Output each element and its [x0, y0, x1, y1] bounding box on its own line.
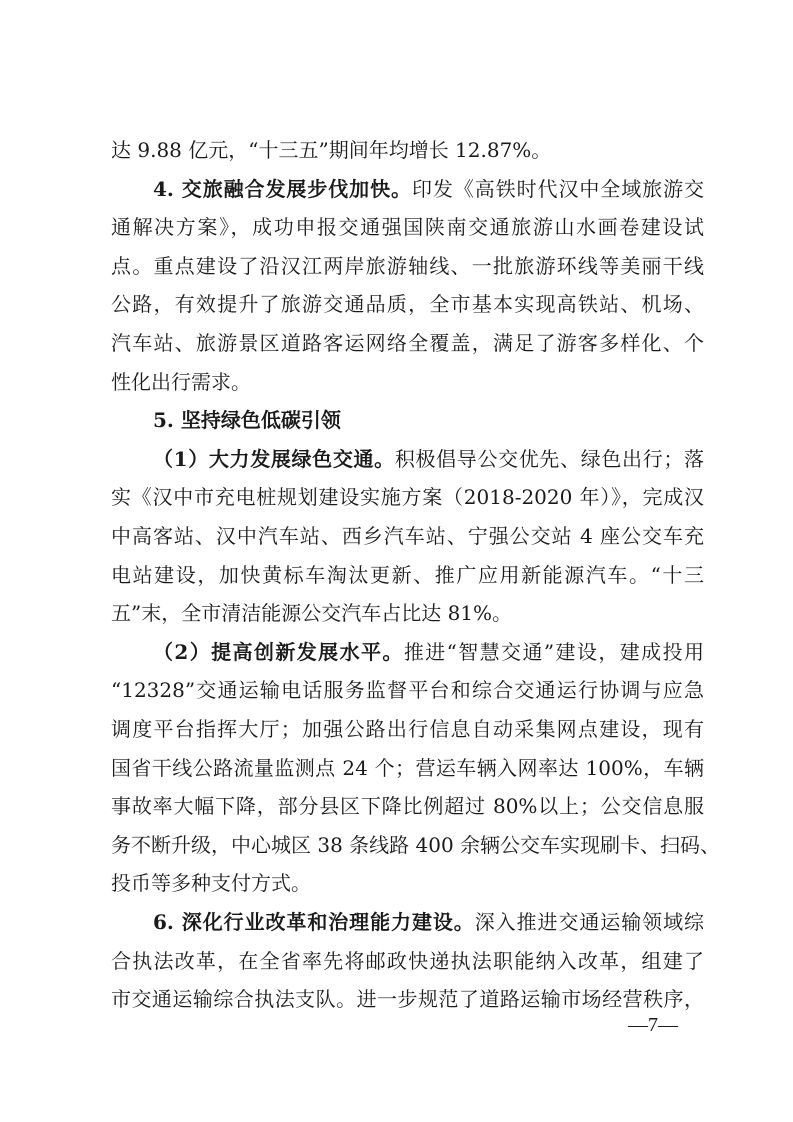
line-text: 调度平台指挥大厅；加强公路出行信息自动采集网点建设，现有	[111, 717, 704, 741]
section-heading: （2）提高创新发展水平。	[153, 640, 404, 664]
text-line: 务不断升级，中心城区 38 条线路 400 余辆公交车实现刷卡、扫码、	[111, 830, 704, 860]
line-text: 性化出行需求。	[111, 370, 251, 394]
paragraph-heading-line: 4. 交旅融合发展步伐加快。印发《高铁时代汉中全域旅游交	[111, 174, 704, 204]
line-text: 务不断升级，中心城区 38 条线路 400 余辆公交车实现刷卡、扫码、	[111, 833, 720, 857]
section-heading: 4. 交旅融合发展步伐加快。	[153, 177, 412, 201]
line-text: “12328”交通运输电话服务监督平台和综合交通运行协调与应急	[111, 678, 704, 702]
line-text: 公路，有效提升了旅游交通品质，全市基本实现高铁站、机场、	[111, 292, 704, 316]
text-line: 公路，有效提升了旅游交通品质，全市基本实现高铁站、机场、	[111, 289, 704, 319]
line-text: 积极倡导公交优先、绿色出行；落	[395, 447, 704, 471]
line-text: 市交通运输综合执法支队。进一步规范了道路运输市场经营秩序，	[111, 987, 704, 1011]
line-text: 五”末，全市清洁能源公交汽车占比达 81%。	[111, 601, 512, 625]
text-line: 点。重点建设了沿汉江两岸旅游轴线、一批旅游环线等美丽干线	[111, 251, 704, 281]
text-line: 事故率大幅下降，部分县区下降比例超过 80%以上；公交信息服	[111, 791, 704, 821]
section-heading: （1）大力发展绿色交通。	[153, 447, 395, 471]
line-text: 中高客站、汉中汽车站、西乡汽车站、宁强公交站 4 座公交车充	[111, 524, 704, 548]
line-text: 达 9.88 亿元，“十三五”期间年均增长 12.87%。	[111, 138, 551, 162]
section-heading: 6. 深化行业改革和治理能力建设。	[153, 910, 475, 934]
paragraph-heading-line: （2）提高创新发展水平。推进“智慧交通”建设，建成投用	[111, 637, 704, 667]
text-line: 通解决方案》，成功申报交通强国陕南交通旅游山水画卷建设试	[111, 212, 704, 242]
text-line: 市交通运输综合执法支队。进一步规范了道路运输市场经营秩序，	[111, 984, 704, 1014]
text-line: 电站建设，加快黄标车淘汰更新、推广应用新能源汽车。“十三	[111, 560, 704, 590]
line-text: 电站建设，加快黄标车淘汰更新、推广应用新能源汽车。“十三	[111, 563, 704, 587]
document-page: 达 9.88 亿元，“十三五”期间年均增长 12.87%。4. 交旅融合发展步伐…	[0, 0, 793, 1122]
page-number: —7—	[628, 1014, 678, 1037]
line-text: 汽车站、旅游景区道路客运网络全覆盖，满足了游客多样化、个	[111, 331, 704, 355]
line-text: 国省干线公路流量监测点 24 个；营运车辆入网率达 100%，车辆	[111, 756, 704, 780]
text-line: 中高客站、汉中汽车站、西乡汽车站、宁强公交站 4 座公交车充	[111, 521, 704, 551]
text-line: 汽车站、旅游景区道路客运网络全覆盖，满足了游客多样化、个	[111, 328, 704, 358]
text-line: 五”末，全市清洁能源公交汽车占比达 81%。	[111, 598, 704, 628]
paragraph-heading-line: 6. 深化行业改革和治理能力建设。深入推进交通运输领域综	[111, 907, 704, 937]
text-line: 性化出行需求。	[111, 367, 704, 397]
line-text: 事故率大幅下降，部分县区下降比例超过 80%以上；公交信息服	[111, 794, 704, 818]
text-line: 调度平台指挥大厅；加强公路出行信息自动采集网点建设，现有	[111, 714, 704, 744]
section-heading: 5. 坚持绿色低碳引领	[153, 408, 341, 432]
line-text: 合执法改革，在全省率先将邮政快递执法职能纳入改革，组建了	[111, 949, 704, 973]
line-text: 深入推进交通运输领域综	[475, 910, 704, 934]
text-line: 实《汉中市充电桩规划建设实施方案（2018-2020 年）》，完成汉	[111, 482, 704, 512]
line-text: 实《汉中市充电桩规划建设实施方案（2018-2020 年）》，完成汉	[111, 485, 704, 509]
paragraph-heading-line: 5. 坚持绿色低碳引领	[111, 405, 704, 435]
line-text: 印发《高铁时代汉中全域旅游交	[412, 177, 704, 201]
paragraph-heading-line: （1）大力发展绿色交通。积极倡导公交优先、绿色出行；落	[111, 444, 704, 474]
line-text: 推进“智慧交通”建设，建成投用	[404, 640, 704, 664]
line-text: 投币等多种支付方式。	[111, 871, 311, 895]
line-text: 通解决方案》，成功申报交通强国陕南交通旅游山水画卷建设试	[111, 215, 704, 239]
text-line: 合执法改革，在全省率先将邮政快递执法职能纳入改革，组建了	[111, 946, 704, 976]
line-text: 点。重点建设了沿汉江两岸旅游轴线、一批旅游环线等美丽干线	[111, 254, 704, 278]
text-line: 达 9.88 亿元，“十三五”期间年均增长 12.87%。	[111, 135, 704, 165]
text-line: “12328”交通运输电话服务监督平台和综合交通运行协调与应急	[111, 675, 704, 705]
text-line: 国省干线公路流量监测点 24 个；营运车辆入网率达 100%，车辆	[111, 753, 704, 783]
text-line: 投币等多种支付方式。	[111, 868, 704, 898]
